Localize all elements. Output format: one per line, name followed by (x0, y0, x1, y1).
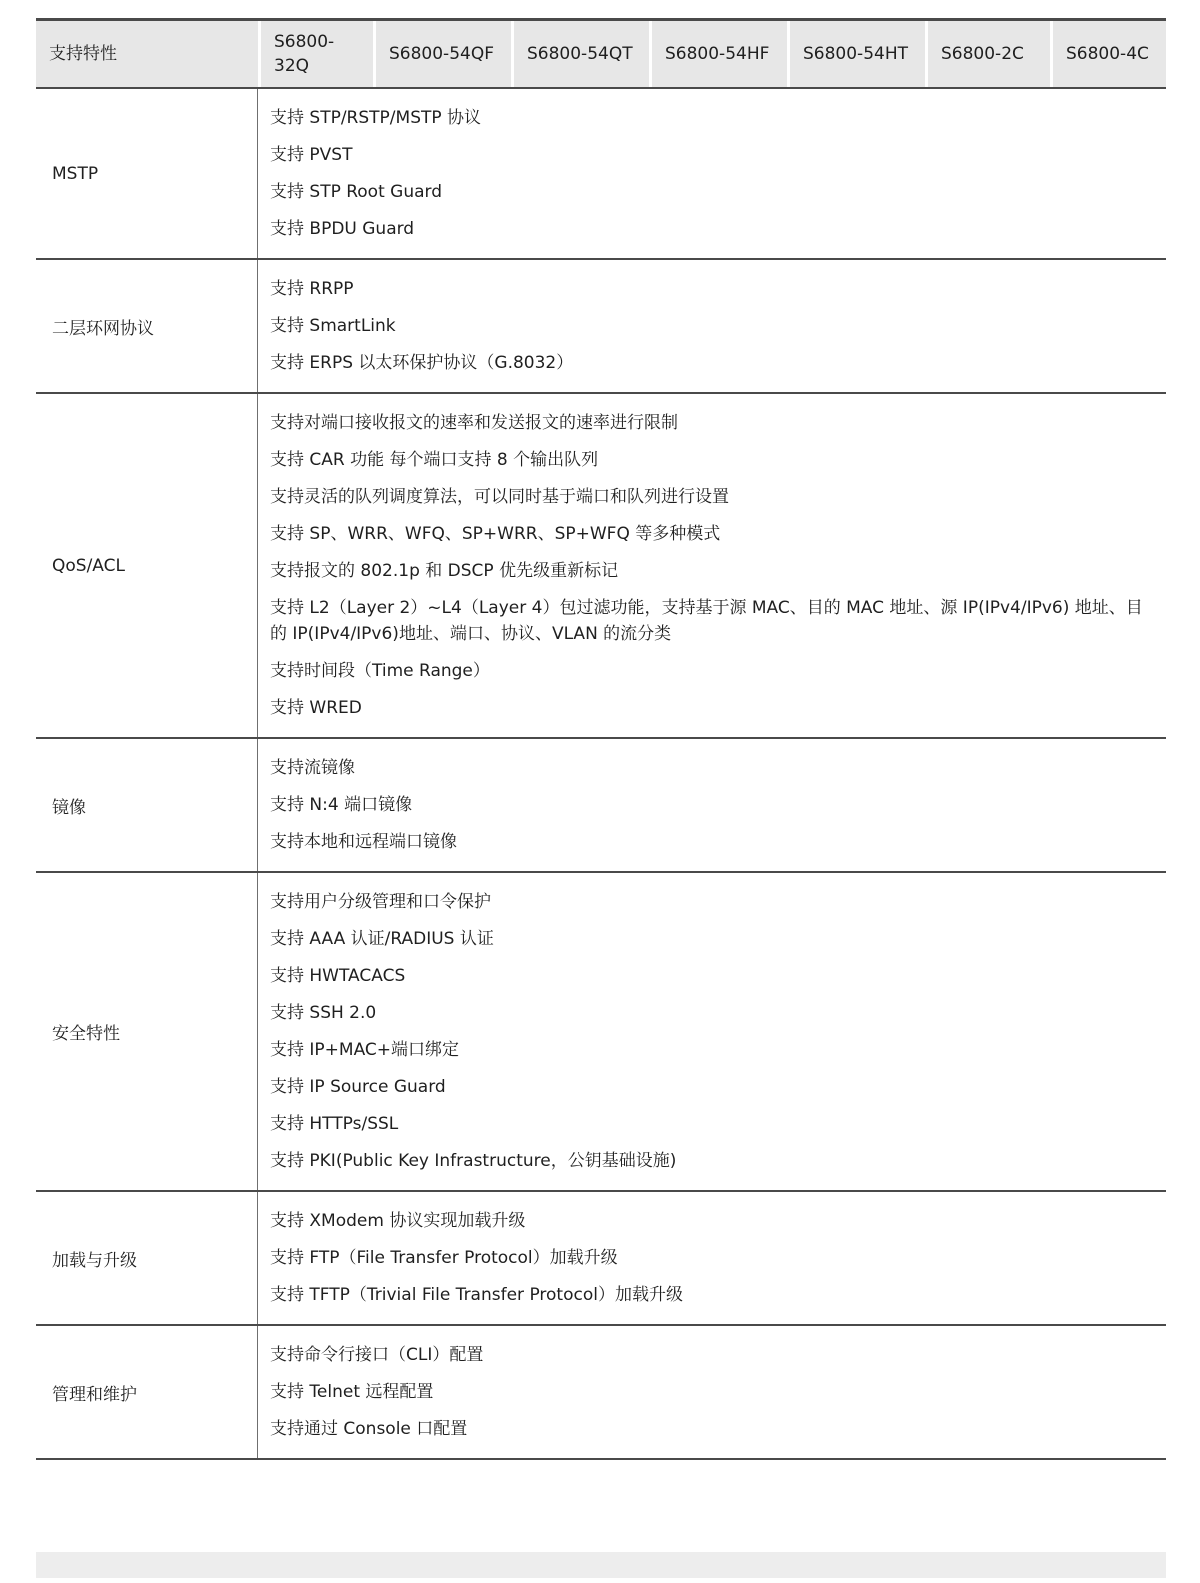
table-section-row: MSTP 支持 STP/RSTP/MSTP 协议支持 PVST支持 STP Ro… (36, 89, 1166, 260)
spec-document-page: 支持特性 S6800-32QS6800-54QFS6800-54QTS6800-… (0, 0, 1200, 1583)
feature-line: 支持 HWTACACS (270, 963, 1152, 989)
feature-line: 支持 PVST (270, 142, 1152, 168)
feature-line: 支持 AAA 认证/RADIUS 认证 (270, 926, 1152, 952)
feature-line: 支持时间段（Time Range） (270, 658, 1152, 684)
header-cell-model: S6800-4C (1053, 21, 1166, 87)
feature-line: 支持 ERPS 以太环保护协议（G.8032） (270, 350, 1152, 376)
feature-cell: 支持 XModem 协议实现加载升级支持 FTP（File Transfer P… (258, 1192, 1166, 1324)
feature-line: 支持用户分级管理和口令保护 (270, 889, 1152, 915)
header-cell-model: S6800-54HT (790, 21, 925, 87)
header-cell-model: S6800-2C (928, 21, 1050, 87)
header-row: 支持特性 S6800-32QS6800-54QFS6800-54QTS6800-… (36, 18, 1166, 89)
header-cell-feature: 支持特性 (36, 21, 258, 87)
category-cell: 镜像 (36, 739, 258, 871)
feature-line: 支持 XModem 协议实现加载升级 (270, 1208, 1152, 1234)
feature-cell: 支持 RRPP支持 SmartLink支持 ERPS 以太环保护协议（G.803… (258, 260, 1166, 392)
category-cell: 二层环网协议 (36, 260, 258, 392)
feature-line: 支持 SmartLink (270, 313, 1152, 339)
feature-line: 支持 Telnet 远程配置 (270, 1379, 1152, 1405)
feature-line: 支持 SSH 2.0 (270, 1000, 1152, 1026)
table-section-row: 安全特性 支持用户分级管理和口令保护支持 AAA 认证/RADIUS 认证支持 … (36, 873, 1166, 1192)
category-cell: 管理和维护 (36, 1326, 258, 1458)
feature-line: 支持报文的 802.1p 和 DSCP 优先级重新标记 (270, 558, 1152, 584)
feature-line: 支持 IP+MAC+端口绑定 (270, 1037, 1152, 1063)
table-section-row: 管理和维护 支持命令行接口（CLI）配置支持 Telnet 远程配置支持通过 C… (36, 1326, 1166, 1460)
category-cell: MSTP (36, 89, 258, 258)
table-section-row: 镜像 支持流镜像支持 N:4 端口镜像支持本地和远程端口镜像 (36, 739, 1166, 873)
feature-line: 支持 BPDU Guard (270, 216, 1152, 242)
feature-line: 支持命令行接口（CLI）配置 (270, 1342, 1152, 1368)
feature-line: 支持 IP Source Guard (270, 1074, 1152, 1100)
feature-cell: 支持 STP/RSTP/MSTP 协议支持 PVST支持 STP Root Gu… (258, 89, 1166, 258)
feature-line: 支持 CAR 功能 每个端口支持 8 个输出队列 (270, 447, 1152, 473)
table-section-row: QoS/ACL 支持对端口接收报文的速率和发送报文的速率进行限制支持 CAR 功… (36, 394, 1166, 739)
table-section-row: 加载与升级 支持 XModem 协议实现加载升级支持 FTP（File Tran… (36, 1192, 1166, 1326)
feature-line: 支持 STP Root Guard (270, 179, 1152, 205)
feature-line: 支持本地和远程端口镜像 (270, 829, 1152, 855)
feature-line: 支持 FTP（File Transfer Protocol）加载升级 (270, 1245, 1152, 1271)
header-cell-model: S6800-32Q (261, 21, 373, 87)
feature-cell: 支持用户分级管理和口令保护支持 AAA 认证/RADIUS 认证支持 HWTAC… (258, 873, 1166, 1190)
feature-line: 支持对端口接收报文的速率和发送报文的速率进行限制 (270, 410, 1152, 436)
feature-line: 支持 PKI(Public Key Infrastructure，公钥基础设施) (270, 1148, 1152, 1174)
feature-line: 支持 N:4 端口镜像 (270, 792, 1152, 818)
table-section-row: 二层环网协议 支持 RRPP支持 SmartLink支持 ERPS 以太环保护协… (36, 260, 1166, 394)
feature-line: 支持灵活的队列调度算法，可以同时基于端口和队列进行设置 (270, 484, 1152, 510)
feature-line: 支持 SP、WRR、WFQ、SP+WRR、SP+WFQ 等多种模式 (270, 521, 1152, 547)
feature-line: 支持 TFTP（Trivial File Transfer Protocol）加… (270, 1282, 1152, 1308)
feature-line: 支持 WRED (270, 695, 1152, 721)
feature-support-table: 支持特性 S6800-32QS6800-54QFS6800-54QTS6800-… (36, 18, 1166, 1460)
feature-line: 支持通过 Console 口配置 (270, 1416, 1152, 1442)
feature-line: 支持 RRPP (270, 276, 1152, 302)
feature-cell: 支持命令行接口（CLI）配置支持 Telnet 远程配置支持通过 Console… (258, 1326, 1166, 1458)
category-cell: QoS/ACL (36, 394, 258, 737)
feature-line: 支持 L2（Layer 2）~L4（Layer 4）包过滤功能，支持基于源 MA… (270, 595, 1152, 647)
table-body: MSTP 支持 STP/RSTP/MSTP 协议支持 PVST支持 STP Ro… (36, 89, 1166, 1460)
header-cell-model: S6800-54QT (514, 21, 649, 87)
feature-line: 支持 STP/RSTP/MSTP 协议 (270, 105, 1152, 131)
feature-cell: 支持对端口接收报文的速率和发送报文的速率进行限制支持 CAR 功能 每个端口支持… (258, 394, 1166, 737)
category-cell: 加载与升级 (36, 1192, 258, 1324)
next-table-partial-header (36, 1552, 1166, 1578)
feature-line: 支持流镜像 (270, 755, 1152, 781)
header-cell-model: S6800-54HF (652, 21, 787, 87)
feature-cell: 支持流镜像支持 N:4 端口镜像支持本地和远程端口镜像 (258, 739, 1166, 871)
header-cell-model: S6800-54QF (376, 21, 511, 87)
feature-line: 支持 HTTPs/SSL (270, 1111, 1152, 1137)
category-cell: 安全特性 (36, 873, 258, 1190)
